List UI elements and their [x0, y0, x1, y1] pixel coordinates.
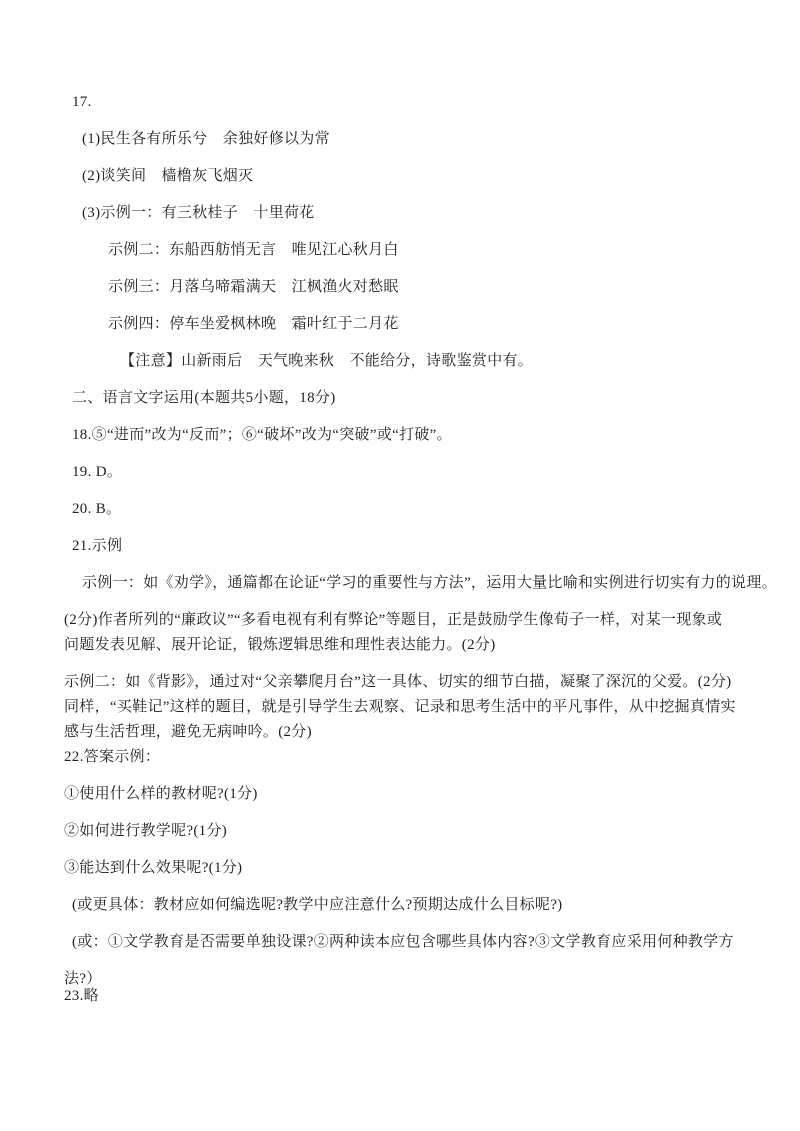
text-line: 示例二：东船西舫悄无言 唯见江心秋月白: [108, 238, 750, 263]
text-line: (2分)作者所列的“廉政议”“多看电视有利有弊论”等题目，正是鼓励学生像荀子一样…: [64, 608, 750, 633]
text-line: 示例四：停车坐爱枫林晚 霜叶红于二月花: [108, 312, 750, 337]
text-line: ②如何进行教学呢?(1分): [64, 819, 750, 844]
text-line: 问题发表见解、展开论证，锻炼逻辑思维和理性表达能力。(2分): [64, 633, 750, 658]
text-line: (2)谈笑间 樯橹灰飞烟灭: [82, 164, 750, 189]
text-line: (或：①文学教育是否需要单独设课?②两种读本应包含哪些具体内容?③文学教育应采用…: [72, 930, 750, 955]
text-line: 17.: [72, 90, 750, 115]
text-line: 【注意】山新雨后 天气晚来秋 不能给分，诗歌鉴赏中有。: [120, 349, 750, 374]
text-line: ③能达到什么效果呢?(1分): [64, 856, 750, 881]
text-line: 示例一：如《劝学》，通篇都在论证“学习的重要性与方法”，运用大量比喻和实例进行切…: [82, 571, 750, 596]
answer-key-page: 17.(1)民生各有所乐兮 余独好修以为常(2)谈笑间 樯橹灰飞烟灭(3)示例一…: [0, 0, 800, 1131]
text-line: 感与生活哲理，避免无病呻吟。(2分): [64, 720, 750, 745]
text-line: 23.略: [64, 984, 750, 1009]
text-line: 示例二：如《背影》，通过对“父亲攀爬月台”这一具体、切实的细节白描，凝聚了深沉的…: [64, 670, 750, 695]
text-line: 二、语言文字运用(本题共5小题，18分): [72, 386, 750, 411]
text-line: (或更具体：教材应如何编选呢?教学中应注意什么?预期达成什么目标呢?): [72, 893, 750, 918]
text-line: 19. D。: [72, 460, 750, 485]
text-line: 20. B。: [72, 497, 750, 522]
document-body: 17.(1)民生各有所乐兮 余独好修以为常(2)谈笑间 樯橹灰飞烟灭(3)示例一…: [0, 0, 800, 1009]
text-line: 18.⑤“进而”改为“反而”；⑥“破坏”改为“突破”或“打破”。: [72, 423, 750, 448]
text-line: 21.示例: [72, 534, 750, 559]
text-line: (1)民生各有所乐兮 余独好修以为常: [82, 127, 750, 152]
text-line: ①使用什么样的教材呢?(1分): [64, 782, 750, 807]
text-line: 22.答案示例：: [64, 745, 750, 770]
text-line: 示例三：月落乌啼霜满天 江枫渔火对愁眠: [108, 275, 750, 300]
text-line: 同样，“买鞋记”这样的题目，就是引导学生去观察、记录和思考生活中的平凡事件，从中…: [64, 695, 750, 720]
text-line: (3)示例一：有三秋桂子 十里荷花: [82, 201, 750, 226]
